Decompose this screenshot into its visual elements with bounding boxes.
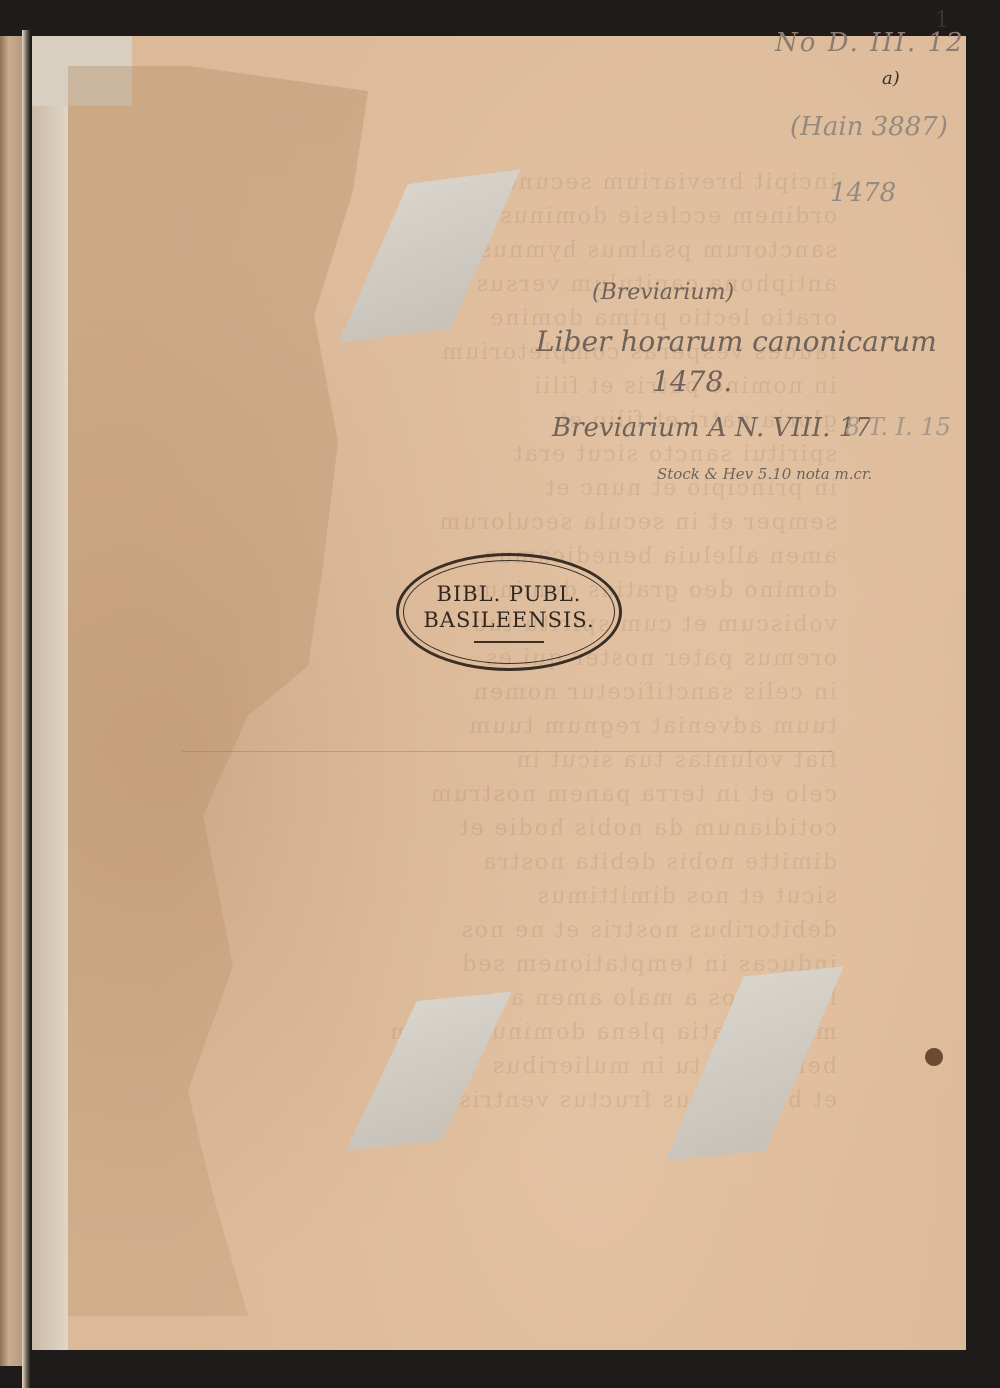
- hain-reference: (Hain 3887): [790, 112, 948, 142]
- shelfmark-extra: 8 T. I. 15: [845, 413, 951, 441]
- stamp-line-1: BIBL. PUBL.: [437, 581, 582, 607]
- fold-crease: [182, 751, 832, 752]
- ink-spot: [925, 1048, 943, 1066]
- year-note: 1478.: [652, 365, 732, 398]
- binding-gutter: [22, 30, 30, 1388]
- shelfmark-note: Breviarium A N. VIII. 17: [552, 413, 872, 443]
- title-note: Liber horarum canonicarum: [536, 325, 937, 358]
- guard-strip: [32, 36, 68, 1350]
- book-binding-edge: [0, 36, 22, 1366]
- sub-mark: a): [882, 68, 900, 89]
- stamp-line-2: BASILEENSIS.: [423, 607, 594, 633]
- document-page: incipit breviarium secundum ordinem eccl…: [32, 36, 966, 1350]
- year-top: 1478: [830, 178, 896, 208]
- library-stamp: BIBL. PUBL. BASILEENSIS.: [396, 553, 622, 671]
- stamp-rule: [474, 641, 544, 643]
- breviarium-note: (Breviarium): [592, 280, 734, 305]
- stock-note: Stock & Hev 5.10 nota m.cr.: [657, 465, 872, 483]
- shelfmark-top: No D. III. 12: [775, 28, 965, 58]
